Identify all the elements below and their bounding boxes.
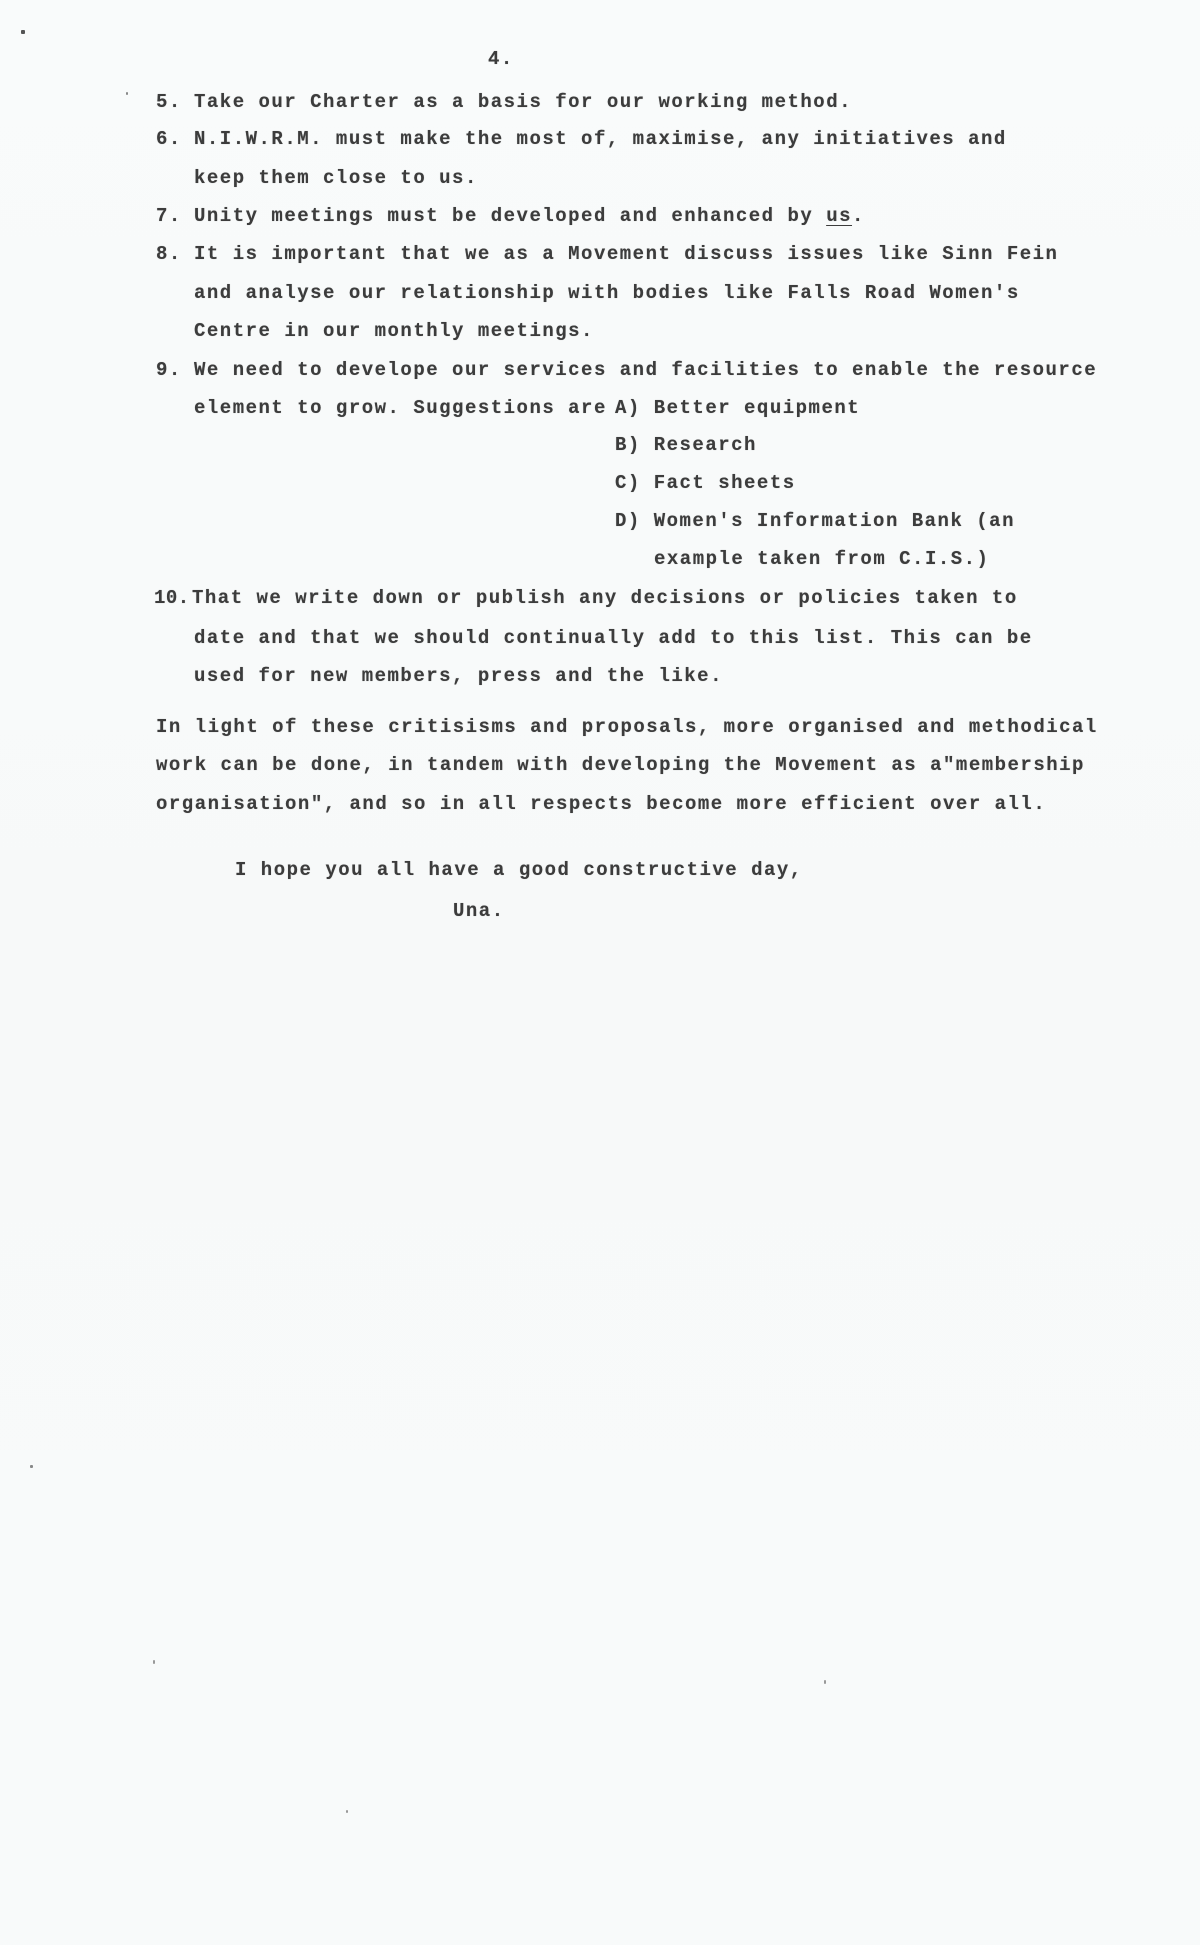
item-text: used for new members, press and the like… <box>194 665 723 687</box>
item-text: Take our Charter as a basis for our work… <box>194 91 852 113</box>
scan-speck <box>126 92 128 95</box>
item-number: 9. <box>156 359 182 381</box>
closing-paragraph-line: work can be done, in tandem with develop… <box>156 754 1085 776</box>
item-text: date and that we should continually add … <box>194 627 1033 649</box>
scan-speck <box>824 1680 826 1684</box>
item-text: N.I.W.R.M. must make the most of, maximi… <box>194 128 1007 150</box>
item-number: 10. <box>154 587 190 609</box>
suggestion-a: A) Better equipment <box>615 397 860 419</box>
closing-paragraph-line: organisation", and so in all respects be… <box>156 793 1046 815</box>
sign-off: I hope you all have a good constructive … <box>235 859 803 881</box>
item-number: 7. <box>156 205 182 227</box>
suggestion-text: Women's Information Bank (an <box>654 510 1015 532</box>
suggestion-b: B) Research <box>615 434 757 456</box>
item-text: Unity meetings must be developed and enh… <box>194 205 865 227</box>
document-page: 4. 5. Take our Charter as a basis for ou… <box>0 0 1200 1945</box>
item-text: and analyse our relationship with bodies… <box>194 282 1020 304</box>
closing-paragraph-line: In light of these critisisms and proposa… <box>156 716 1098 738</box>
item-number: 5. <box>156 91 182 113</box>
suggestion-label: A) <box>615 397 641 419</box>
item-text: element to grow. Suggestions are <box>194 397 620 419</box>
item-number: 8. <box>156 243 182 265</box>
scan-speck <box>153 1660 155 1664</box>
suggestion-label: D) <box>615 510 641 532</box>
suggestion-text: Fact sheets <box>654 472 796 494</box>
item-text: It is important that we as a Movement di… <box>194 243 1058 265</box>
suggestion-label: C) <box>615 472 641 494</box>
item-text-main: Unity meetings must be developed and enh… <box>194 205 826 227</box>
suggestion-label: B) <box>615 434 641 456</box>
suggestion-text: Better equipment <box>654 397 860 419</box>
item-text: keep them close to us. <box>194 167 478 189</box>
scan-speck <box>21 30 25 34</box>
page-number: 4. <box>488 48 514 70</box>
emphasis-underlined: us <box>826 205 852 227</box>
item-text: We need to develope our services and fac… <box>194 359 1097 381</box>
suggestion-d-continuation: example taken from C.I.S.) <box>654 548 989 570</box>
item-text-tail: . <box>852 205 865 227</box>
item-text: Centre in our monthly meetings. <box>194 320 594 342</box>
scan-speck <box>346 1810 348 1813</box>
item-text: That we write down or publish any decisi… <box>192 587 1018 609</box>
scan-speck <box>30 1465 33 1468</box>
suggestion-d: D) Women's Information Bank (an <box>615 510 1015 532</box>
suggestion-c: C) Fact sheets <box>615 472 796 494</box>
suggestion-text: Research <box>654 434 757 456</box>
signature: Una. <box>453 900 505 922</box>
item-number: 6. <box>156 128 182 150</box>
